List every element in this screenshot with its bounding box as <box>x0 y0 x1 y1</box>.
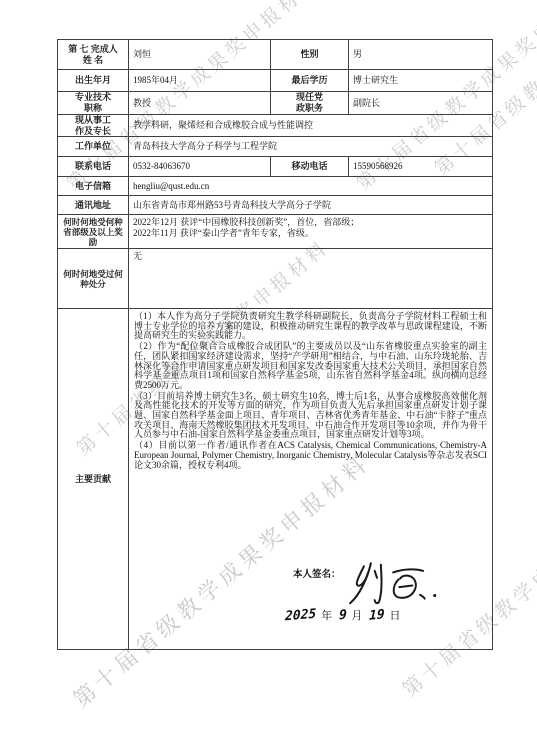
field-label-employer: 工作单位 <box>58 137 129 156</box>
field-value-awards: 2022年12月 获评“中国橡胶科技创新奖”，首位，省部级； 2022年11月 … <box>129 215 492 248</box>
field-value-education: 博士研究生 <box>349 70 492 91</box>
field-value-address: 山东省青岛市郑州路53号青岛科技大学高分子学院 <box>129 196 492 214</box>
date-month-value: 9 <box>339 611 347 621</box>
field-value-duty: 副院长 <box>349 92 492 114</box>
handwritten-signature <box>347 559 447 609</box>
field-label-name: 第 七 完成人 姓 名 <box>58 40 129 69</box>
field-value-penalty: 无 <box>129 249 492 308</box>
signature-label: 本人签名： <box>293 559 341 581</box>
table-row: 主要贡献 （1）本人作为高分子学院负责研究生教学科研副院长，负责高分子学院材料工… <box>58 309 492 649</box>
label-line: 省部级及以上奖 <box>63 227 123 237</box>
table-row: 何时何地受何种 省部级及以上奖 励 2022年12月 获评“中国橡胶科技创新奖”… <box>58 215 492 249</box>
field-label-contribution: 主要贡献 <box>58 309 129 649</box>
field-label-specialty: 现从事工 作及专长 <box>58 115 129 136</box>
date-day-value: 19 <box>369 610 385 621</box>
field-label-awards: 何时何地受何种 省部级及以上奖 励 <box>58 215 129 248</box>
field-value-gender: 男 <box>349 40 492 69</box>
field-value-contribution: （1）本人作为高分子学院负责研究生教学科研副院长，负责高分子学院材料工程硕士和博… <box>129 309 492 649</box>
field-label-phone: 联系电话 <box>58 157 129 176</box>
contribution-paragraph-3: （3）目前培养博士研究生3名，硕士研究生10名，博士后1名，从事合成橡胶高效催化… <box>134 392 487 441</box>
table-row: 现从事工 作及专长 教学科研，聚烯烃和合成橡胶合成与性能调控 <box>58 115 492 137</box>
field-label-email: 电子信箱 <box>58 177 129 195</box>
date-day-unit: 日 <box>390 610 403 622</box>
label-line: 第 七 完成人 <box>68 44 118 55</box>
table-row: 第 七 完成人 姓 名 刘恒 性别 男 <box>58 40 492 70</box>
table-row: 出生年月 1985年04月 最后学历 博士研究生 <box>58 70 492 92</box>
signature-line: 本人签名： <box>293 559 447 609</box>
table-row: 何时何地受过何 种处分 无 <box>58 249 492 309</box>
date-year-unit: 年 <box>321 610 334 622</box>
table-row: 工作单位 青岛科技大学高分子科学与工程学院 <box>58 137 492 157</box>
date-year-value: 2025 <box>285 610 316 622</box>
label-line: 励 <box>89 237 98 247</box>
field-label-duty: 现任党 政职务 <box>271 92 349 114</box>
field-label-title: 专业技术 职称 <box>58 92 129 114</box>
field-value-specialty: 教学科研，聚烯烃和合成橡胶合成与性能调控 <box>129 115 492 136</box>
signature-date: 2025 年 9 月 19 日 <box>285 611 403 622</box>
field-value-email: hengliu@qust.edu.cn <box>129 177 492 195</box>
completer-info-table: 第 七 完成人 姓 名 刘恒 性别 男 出生年月 1985年04月 最后学历 博… <box>57 39 493 650</box>
field-value-phone: 0532-84063670 <box>129 157 271 176</box>
contribution-paragraph-2: （2）作为“配位聚合合成橡胶合成团队”的主要成员以及“山东省橡胶重点实验室的副主… <box>134 342 487 391</box>
label-line: 何时何地受何种 <box>63 217 123 227</box>
field-value-mobile: 15590568926 <box>349 157 492 176</box>
field-label-address: 通讯地址 <box>58 196 129 214</box>
field-label-birth: 出生年月 <box>58 70 129 91</box>
label-line: 姓 名 <box>83 55 103 66</box>
field-label-education: 最后学历 <box>271 70 349 91</box>
field-value-name: 刘恒 <box>129 40 271 69</box>
table-row: 通讯地址 山东省青岛市郑州路53号青岛科技大学高分子学院 <box>58 196 492 215</box>
field-value-employer: 青岛科技大学高分子科学与工程学院 <box>129 137 492 156</box>
field-label-penalty: 何时何地受过何 种处分 <box>58 249 129 308</box>
label-line: 何时何地受过何 <box>63 269 123 279</box>
field-label-mobile: 移动电话 <box>271 157 349 176</box>
date-month-unit: 月 <box>351 610 364 622</box>
table-row: 联系电话 0532-84063670 移动电话 15590568926 <box>58 157 492 177</box>
field-label-gender: 性别 <box>271 40 349 69</box>
label-line: 种处分 <box>80 279 106 289</box>
field-value-title: 教授 <box>129 92 271 114</box>
label-line: 职称 <box>84 103 102 114</box>
label-line: 专业技术 <box>75 92 111 103</box>
contribution-paragraph-4: （4）目前以第一作者/通讯作者在ACS Catalysis, Chemical … <box>134 441 487 470</box>
contribution-paragraph-1: （1）本人作为高分子学院负责研究生教学科研副院长，负责高分子学院材料工程硕士和博… <box>134 312 487 341</box>
label-line: 现从事工 <box>75 115 111 126</box>
field-value-birth: 1985年04月 <box>129 70 271 91</box>
table-row: 专业技术 职称 教授 现任党 政职务 副院长 <box>58 92 492 115</box>
label-line: 作及专长 <box>75 126 111 137</box>
table-row: 电子信箱 hengliu@qust.edu.cn <box>58 177 492 196</box>
label-line: 现任党 <box>296 92 323 103</box>
scanned-form-page: 第十届省级教学成果奖申报材料 第十届省级教学成果奖申报材料 第十届省级教学成果奖… <box>0 0 537 756</box>
label-line: 政职务 <box>296 103 323 114</box>
